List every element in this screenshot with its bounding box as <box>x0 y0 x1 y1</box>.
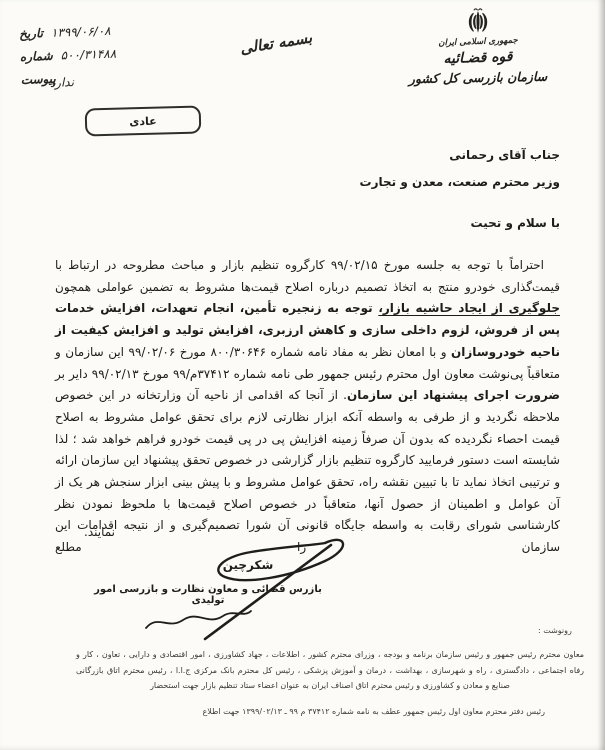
date-value: ۱۳۹۹/۰۶/۰۸ <box>51 24 111 40</box>
body-segment-underlined: جلوگیری از ایجاد حاشیه بازار، <box>378 301 560 315</box>
cc-list: معاون محترم رئیس جمهور و رئیس سازمان برن… <box>76 647 584 694</box>
besmele-calligraphy: بسمه تعالی <box>225 26 327 59</box>
closing-word: نمایند. <box>84 525 115 539</box>
classification-stamp: عادی <box>85 105 202 136</box>
body-segment: احتراماً با توجه به جلسه مورخ ۹۹/۰۲/۱۵ ک… <box>55 258 560 294</box>
recipient-title: وزیر محترم صنعت، معدن و تجارت <box>360 175 560 189</box>
date-row: تاریخ ۱۳۹۹/۰۶/۰۸ <box>19 21 189 41</box>
iran-emblem-icon <box>465 6 491 36</box>
date-label: تاریخ <box>19 26 43 41</box>
body-segment: . از آنجا که اقدامی از ناحیه آن وزارتخان… <box>55 388 560 554</box>
letterhead-organization: سازمان بازرسی کل کشور <box>398 69 558 87</box>
cc-note: رئیس دفتر محترم معاون اول رئیس جمهور عطف… <box>60 707 545 716</box>
salutation: با سلام و تحیت <box>360 216 560 230</box>
number-value: ۵۰۰/۳۱۴۸۸ <box>60 47 116 63</box>
letterhead-judiciary: قوه قضـائیه <box>398 47 558 69</box>
letterhead-block: جمهوری اسلامی ایران قوه قضـائیه سازمان ب… <box>398 6 558 85</box>
attachment-row: پیوست ندارد <box>20 67 190 87</box>
recipient-name: جناب آقای رحمانی <box>360 148 560 162</box>
classification-stamp-label: عادی <box>129 114 157 128</box>
handwritten-scribble <box>138 598 258 638</box>
cc-label: رونوشت : <box>538 626 590 635</box>
number-row: شماره ۵۰۰/۳۱۴۸۸ <box>20 44 190 64</box>
attachment-value: ندارد <box>50 75 75 90</box>
meta-block: تاریخ ۱۳۹۹/۰۶/۰۸ شماره ۵۰۰/۳۱۴۸۸ پیوست ن… <box>19 21 191 96</box>
body-segment-bold: ضرورت اجرای پیشنهاد این سازمان <box>347 388 560 402</box>
number-label: شماره <box>20 49 53 64</box>
scanned-letter-page: جمهوری اسلامی ایران قوه قضـائیه سازمان ب… <box>0 0 605 750</box>
letter-body: احتراماً با توجه به جلسه مورخ ۹۹/۰۲/۱۵ ک… <box>55 255 560 559</box>
recipient-block: جناب آقای رحمانی وزیر محترم صنعت، معدن و… <box>360 148 560 230</box>
scan-edge-shadow <box>598 0 605 750</box>
